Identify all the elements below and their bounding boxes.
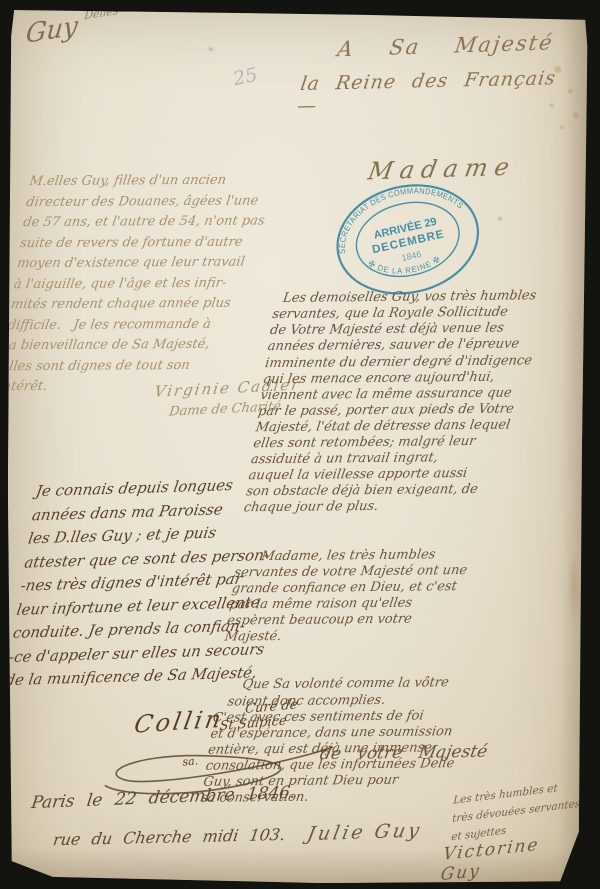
foxing-spot bbox=[207, 47, 214, 52]
address-line: rue du Cherche midi 103. bbox=[52, 825, 287, 849]
charity-note-body: M.elles Guy, filles d'un ancien directeu… bbox=[0, 170, 307, 398]
foxing-spot bbox=[559, 125, 564, 130]
heading-line1: A Sa Majesté bbox=[336, 30, 555, 61]
letter-paper: GuyDelles 25 A Sa Majesté la Reine des F… bbox=[6, 10, 587, 884]
flourish-initials: sa. bbox=[182, 754, 199, 768]
collector-note: GuyDelles bbox=[25, 4, 120, 50]
collector-note-superscript: Delles bbox=[84, 4, 119, 23]
collector-note-name: Guy bbox=[25, 11, 79, 50]
heading-line2: la Reine des Français — bbox=[296, 67, 588, 118]
foxing-spot bbox=[572, 112, 579, 119]
cure-attestation-body: Je connais depuis longues années dans ma… bbox=[3, 472, 309, 693]
foxing-spot bbox=[497, 216, 503, 222]
paper-stain bbox=[567, 552, 580, 622]
pencil-mark: 25 bbox=[231, 64, 259, 90]
signature-julie-guy: Julie Guy bbox=[305, 819, 424, 845]
